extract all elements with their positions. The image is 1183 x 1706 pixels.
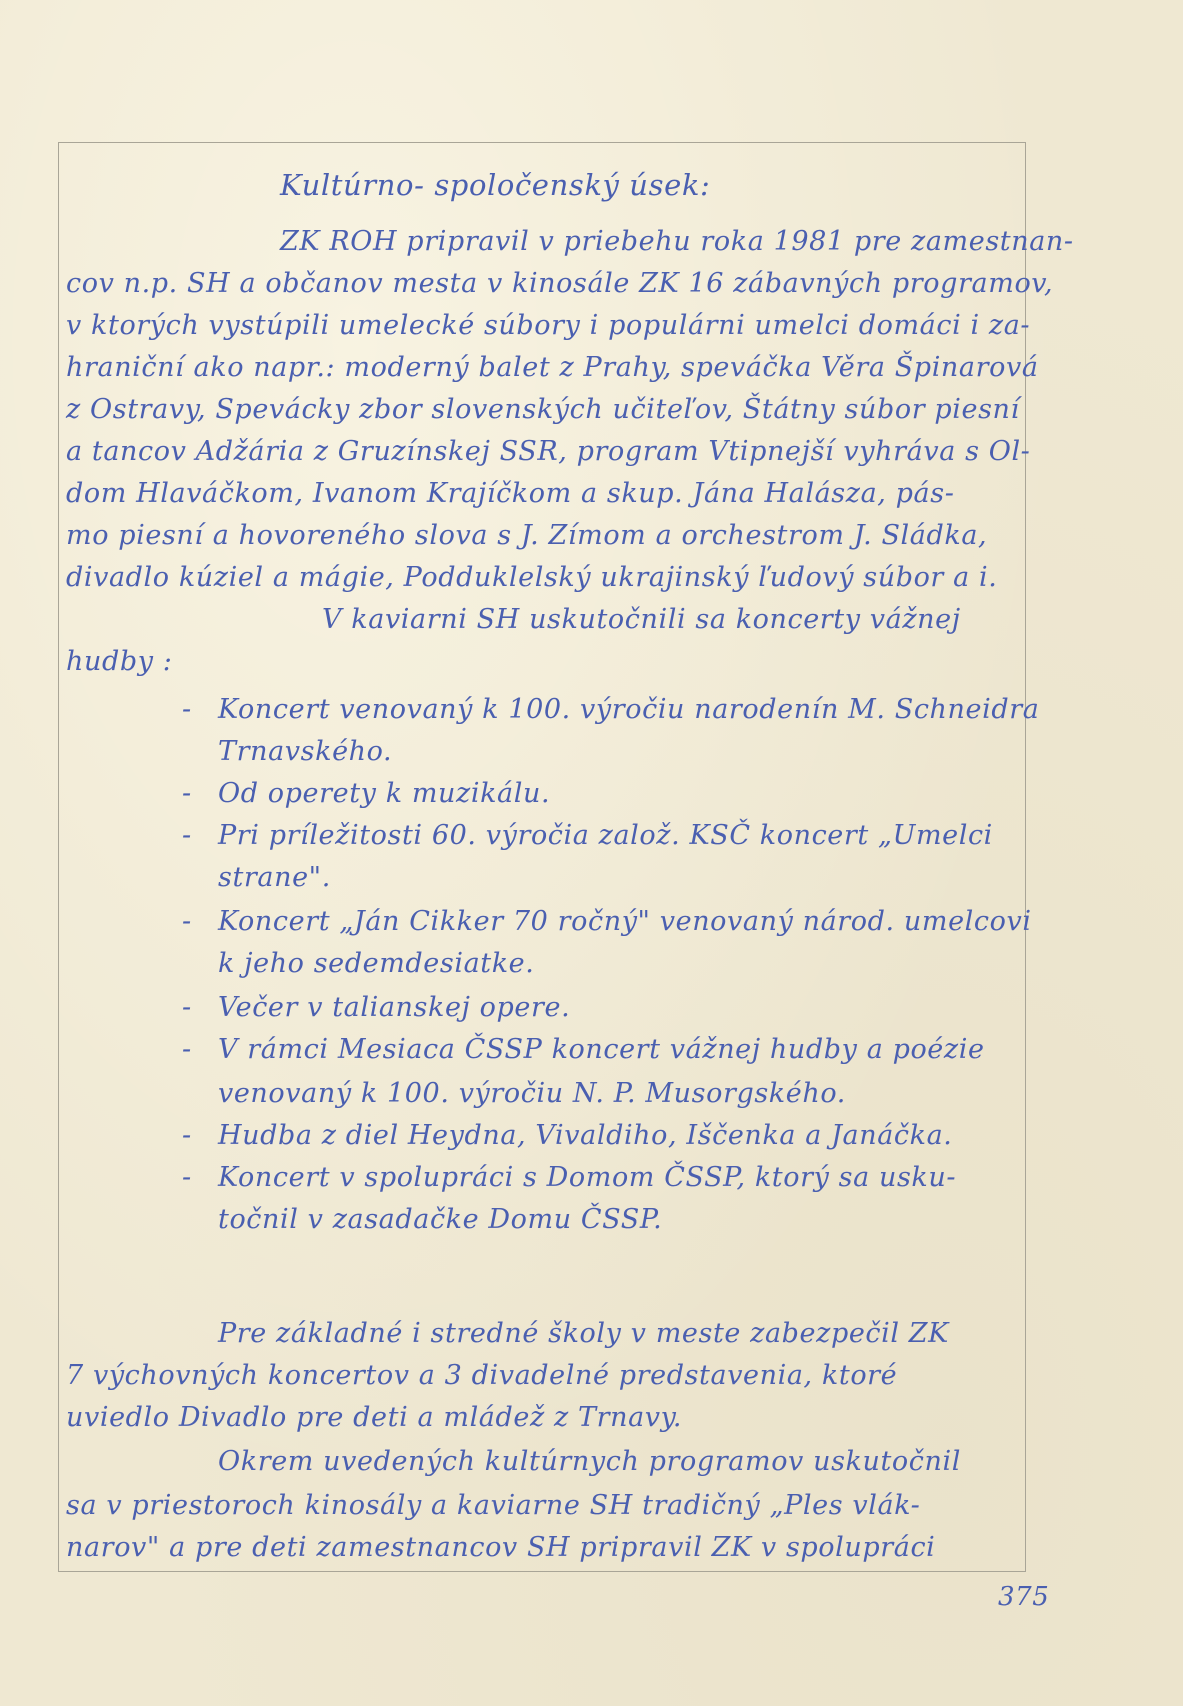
list-bullet: -: [182, 1034, 192, 1065]
text-line: točnil v zasadačke Domu ČSSP.: [218, 1204, 662, 1235]
text-line: cov n.p. SH a občanov mesta v kinosále Z…: [66, 268, 1053, 299]
text-line: venovaný k 100. výročiu N. P. Musorgskéh…: [218, 1078, 846, 1109]
text-line: v ktorých vystúpili umelecké súbory i po…: [66, 310, 1030, 341]
text-line: Hudba z diel Heydna, Vivaldiho, Iščenka …: [218, 1120, 953, 1151]
text-line: mo piesní a hovoreného slova s J. Zímom …: [66, 520, 987, 551]
text-line: Koncert „Ján Cikker 70 ročný" venovaný n…: [218, 906, 1032, 937]
text-line: Pre základné i stredné školy v meste zab…: [218, 1318, 949, 1349]
page-number: 375: [998, 1582, 1049, 1612]
text-line: Okrem uvedených kultúrnych programov usk…: [218, 1446, 961, 1477]
text-line: hudby :: [66, 646, 172, 677]
list-bullet: -: [182, 1162, 192, 1193]
text-line: Koncert venovaný k 100. výročiu narodení…: [218, 694, 1039, 725]
list-bullet: -: [182, 992, 192, 1023]
text-line: sa v priestoroch kinosály a kaviarne SH …: [66, 1490, 920, 1521]
text-line: 7 výchovných koncertov a 3 divadelné pre…: [66, 1360, 897, 1391]
text-line: k jeho sedemdesiatke.: [218, 948, 534, 979]
text-line: strane".: [218, 862, 331, 893]
text-line: Trnavského.: [218, 736, 392, 767]
text-line: dom Hlaváčkom, Ivanom Krajíčkom a skup. …: [66, 478, 954, 509]
text-line: Koncert v spolupráci s Domom ČSSP, ktorý…: [218, 1162, 956, 1193]
list-bullet: -: [182, 1120, 192, 1151]
text-line: Od operety k muzikálu.: [218, 778, 550, 809]
text-line: Pri príležitosti 60. výročia založ. KSČ …: [218, 820, 993, 851]
text-line: Večer v talianskej opere.: [218, 992, 570, 1023]
text-line: narov" a pre deti zamestnancov SH pripra…: [66, 1532, 935, 1563]
text-line: divadlo kúziel a mágie, Podduklelský ukr…: [66, 562, 997, 593]
list-bullet: -: [182, 906, 192, 937]
text-line: V rámci Mesiaca ČSSP koncert vážnej hudb…: [218, 1034, 985, 1065]
list-bullet: -: [182, 694, 192, 725]
section-heading: Kultúrno- spoločenský úsek:: [280, 168, 710, 202]
text-line: z Ostravy, Spevácky zbor slovenských uči…: [66, 394, 1020, 425]
text-line: ZK ROH pripravil v priebehu roka 1981 pr…: [280, 226, 1074, 257]
text-line: a tancov Adžária z Gruzínskej SSR, progr…: [66, 436, 1030, 467]
list-bullet: -: [182, 778, 192, 809]
text-line: uviedlo Divadlo pre deti a mládež z Trna…: [66, 1402, 682, 1433]
list-bullet: -: [182, 820, 192, 851]
text-line: V kaviarni SH uskutočnili sa koncerty vá…: [322, 604, 961, 635]
text-line: hraniční ako napr.: moderný balet z Prah…: [66, 352, 1039, 383]
